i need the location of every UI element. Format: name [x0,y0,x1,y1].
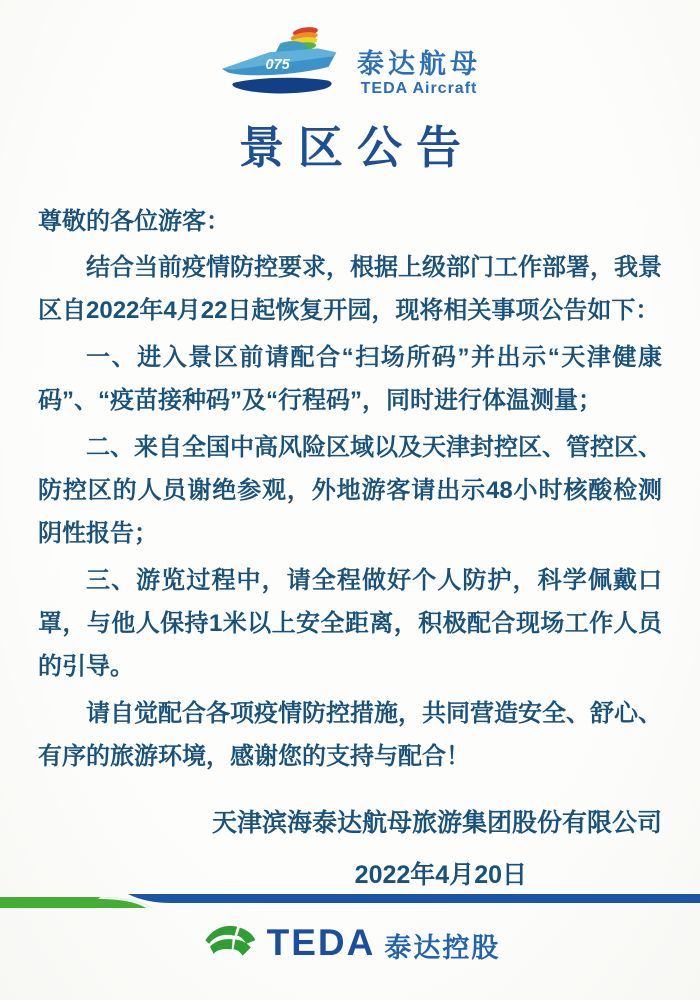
page-title: 景区公告 [0,124,700,172]
brand-name-en: TEDA Aircraft [357,79,481,98]
teda-leaf-icon [200,921,258,965]
footer-brand-cn: 泰达控股 [384,922,500,965]
teda-aircraft-logo: 075 泰达航母 TEDA Aircraft [0,24,700,100]
paragraph-closing: 请自觉配合各项疫情防控措施，共同营造安全、舒心、有序的旅游环境，感谢您的支持与配… [38,692,662,778]
teda-holding-logo: TEDA 泰达控股 [0,921,700,965]
paragraph-item-1: 一、进入景区前请配合“扫场所码”并出示“天津健康码”、“疫苗接种码”及“行程码”… [38,336,662,422]
signature-company: 天津滨海泰达航母旅游集团股份有限公司 [38,802,662,845]
salutation: 尊敬的各位游客： [38,200,662,243]
paragraph-intro: 结合当前疫情防控要求，根据上级部门工作部署，我景区自2022年4月22日起恢复开… [38,246,662,332]
notice-page: 075 泰达航母 TEDA Aircraft 景区公告 尊敬的各位游客： 结合当… [0,0,700,1000]
signature-date: 2022年4月20日 [38,854,662,897]
brand-text: 泰达航母 TEDA Aircraft [357,49,481,100]
footer-divider-band [0,892,700,909]
header: 075 泰达航母 TEDA Aircraft 景区公告 [0,0,700,172]
footer-brand-en: TEDA [267,923,376,963]
aircraft-carrier-ship-icon: 075 [219,26,345,100]
ship-number: 075 [266,57,291,73]
paragraph-item-3: 三、游览过程中，请全程做好个人防护，科学佩戴口罩，与他人保持1米以上安全距离，积… [38,559,662,688]
signature-block: 天津滨海泰达航母旅游集团股份有限公司 2022年4月20日 [38,802,662,897]
footer: TEDA 泰达控股 [0,892,700,1000]
notice-body: 尊敬的各位游客： 结合当前疫情防控要求，根据上级部门工作部署，我景区自2022年… [0,200,700,897]
paragraph-item-2: 二、来自全国中高风险区域以及天津封控区、管控区、防控区的人员谢绝参观，外地游客请… [38,426,662,555]
brand-name-cn: 泰达航母 [357,49,481,79]
